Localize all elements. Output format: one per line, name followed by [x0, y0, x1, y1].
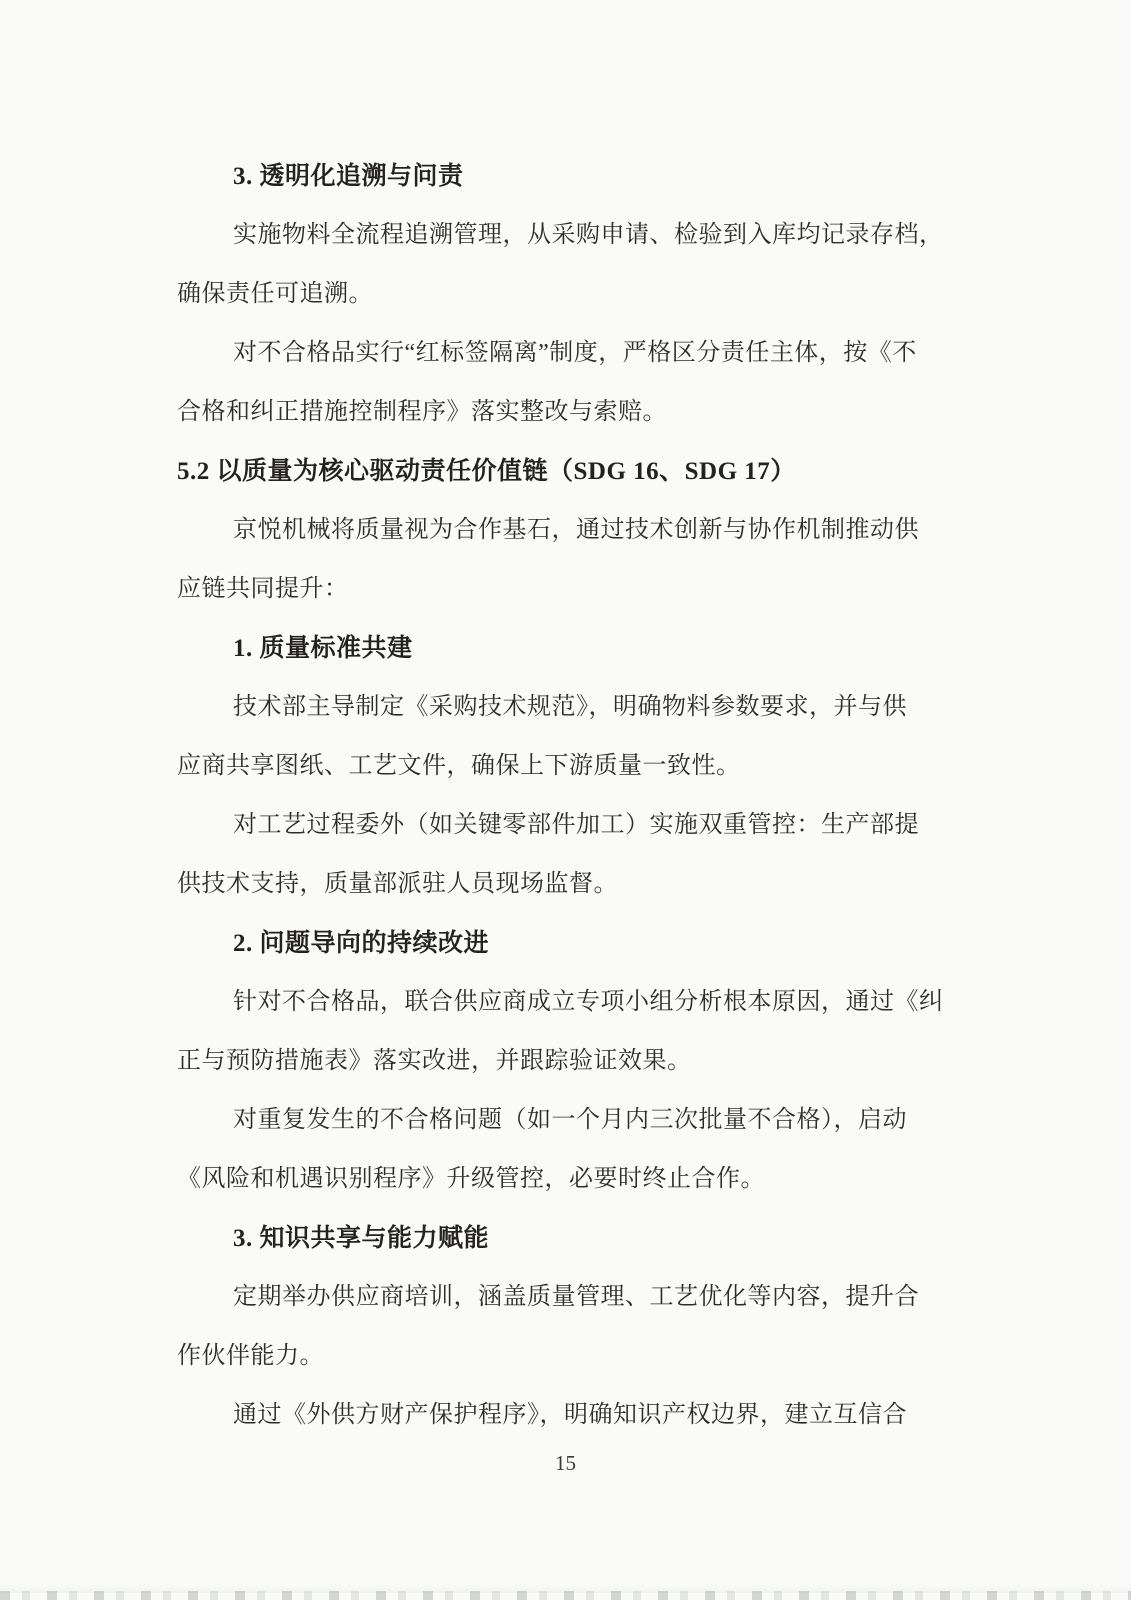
text-line: 3. 透明化追溯与问责 — [177, 147, 935, 206]
paragraph: 通过《外供方财产保护程序》，明确知识产权边界，建立互信合 — [177, 1386, 935, 1445]
numbered-heading: 2. 问题导向的持续改进 — [177, 914, 935, 973]
text-line: 应商共享图纸、工艺文件，确保上下游质量一致性。 — [177, 737, 935, 796]
paragraph: 对工艺过程委外（如关键零部件加工）实施双重管控：生产部提供技术支持，质量部派驻人… — [177, 796, 935, 914]
scan-artifact — [0, 1591, 1131, 1600]
paragraph: 针对不合格品，联合供应商成立专项小组分析根本原因，通过《纠正与预防措施表》落实改… — [177, 973, 935, 1091]
text-line: 确保责任可追溯。 — [177, 265, 935, 324]
text-line: 对工艺过程委外（如关键零部件加工）实施双重管控：生产部提 — [177, 796, 935, 855]
paragraph: 京悦机械将质量视为合作基石，通过技术创新与协作机制推动供应链共同提升： — [177, 501, 935, 619]
text-line: 实施物料全流程追溯管理，从采购申请、检验到入库均记录存档， — [177, 206, 935, 265]
text-line: 1. 质量标准共建 — [177, 619, 935, 678]
text-line: 2. 问题导向的持续改进 — [177, 914, 935, 973]
text-line: 针对不合格品，联合供应商成立专项小组分析根本原因，通过《纠 — [177, 973, 935, 1032]
text-line: 5.2 以质量为核心驱动责任价值链（SDG 16、SDG 17） — [177, 442, 935, 501]
text-line: 供技术支持，质量部派驻人员现场监督。 — [177, 855, 935, 914]
text-line: 作伙伴能力。 — [177, 1327, 935, 1386]
numbered-heading: 3. 透明化追溯与问责 — [177, 147, 935, 206]
document-page: 3. 透明化追溯与问责实施物料全流程追溯管理，从采购申请、检验到入库均记录存档，… — [0, 0, 1131, 1600]
text-line: 3. 知识共享与能力赋能 — [177, 1209, 935, 1268]
text-line: 技术部主导制定《采购技术规范》，明确物料参数要求，并与供 — [177, 678, 935, 737]
text-line: 通过《外供方财产保护程序》，明确知识产权边界，建立互信合 — [177, 1386, 935, 1445]
paragraph: 对重复发生的不合格问题（如一个月内三次批量不合格），启动《风险和机遇识别程序》升… — [177, 1091, 935, 1209]
section-heading: 5.2 以质量为核心驱动责任价值链（SDG 16、SDG 17） — [177, 442, 935, 501]
text-line: 京悦机械将质量视为合作基石，通过技术创新与协作机制推动供 — [177, 501, 935, 560]
text-line: 应链共同提升： — [177, 560, 935, 619]
text-line: 对重复发生的不合格问题（如一个月内三次批量不合格），启动 — [177, 1091, 935, 1150]
numbered-heading: 3. 知识共享与能力赋能 — [177, 1209, 935, 1268]
text-line: 对不合格品实行“红标签隔离”制度，严格区分责任主体，按《不 — [177, 324, 935, 383]
text-line: 定期举办供应商培训，涵盖质量管理、工艺优化等内容，提升合 — [177, 1268, 935, 1327]
page-number: 15 — [0, 1449, 1131, 1477]
paragraph: 定期举办供应商培训，涵盖质量管理、工艺优化等内容，提升合作伙伴能力。 — [177, 1268, 935, 1386]
numbered-heading: 1. 质量标准共建 — [177, 619, 935, 678]
paragraph: 技术部主导制定《采购技术规范》，明确物料参数要求，并与供应商共享图纸、工艺文件，… — [177, 678, 935, 796]
text-line: 合格和纠正措施控制程序》落实整改与索赔。 — [177, 383, 935, 442]
paragraph: 实施物料全流程追溯管理，从采购申请、检验到入库均记录存档，确保责任可追溯。 — [177, 206, 935, 324]
text-line: 《风险和机遇识别程序》升级管控，必要时终止合作。 — [177, 1150, 935, 1209]
paragraph: 对不合格品实行“红标签隔离”制度，严格区分责任主体，按《不合格和纠正措施控制程序… — [177, 324, 935, 442]
text-line: 正与预防措施表》落实改进，并跟踪验证效果。 — [177, 1032, 935, 1091]
document-content: 3. 透明化追溯与问责实施物料全流程追溯管理，从采购申请、检验到入库均记录存档，… — [177, 147, 935, 1445]
